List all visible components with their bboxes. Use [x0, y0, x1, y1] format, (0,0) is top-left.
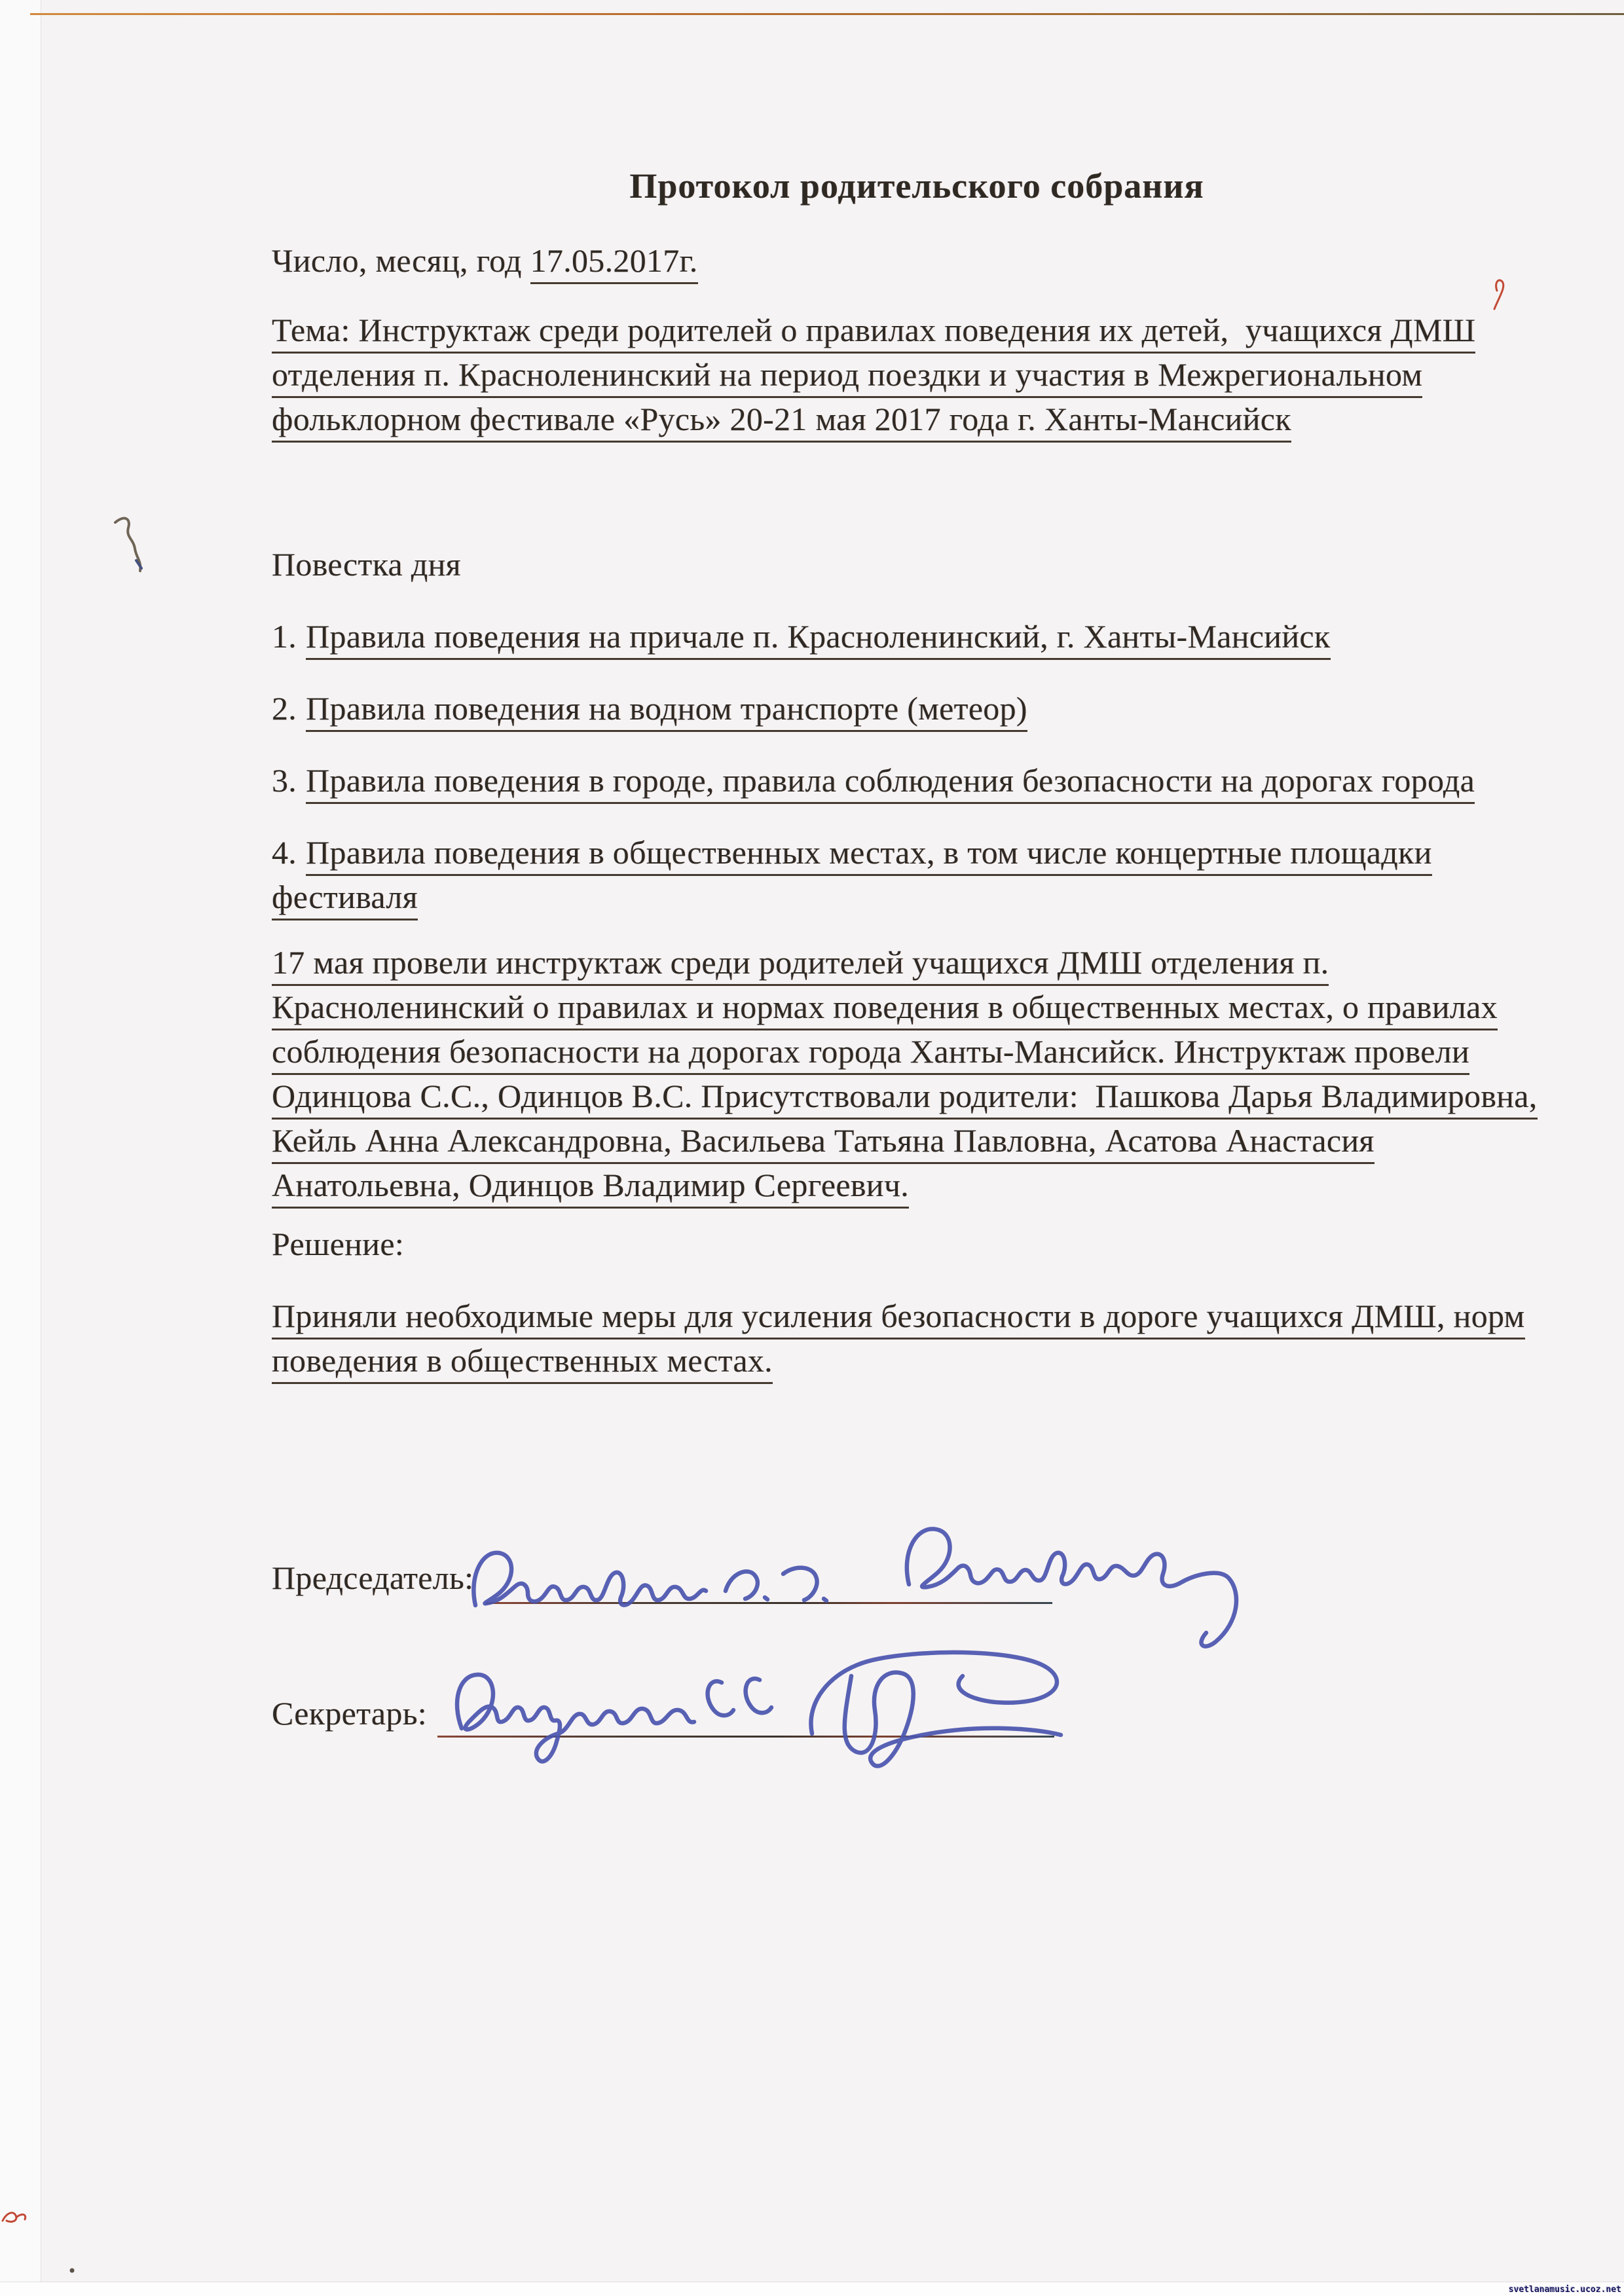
scan-edge-bottom	[0, 2282, 1624, 2296]
body-line: Красноленинский о правилах и нормах пове…	[272, 986, 1498, 1028]
tema-line: фольклорном фестивале «Русь» 20-21 мая 2…	[272, 398, 1291, 440]
agenda-heading: Повестка дня	[272, 543, 461, 585]
agenda-item-text: Правила поведения на водном транспорте (…	[306, 690, 1027, 732]
secretary-signature-rule	[437, 1736, 1054, 1738]
watermark: svetlanamusic.ucoz.net	[1509, 2285, 1621, 2295]
agenda-item: 2.Правила поведения на водном транспорте…	[272, 687, 1027, 729]
agenda-item-text: Правила поведения в городе, правила собл…	[306, 762, 1475, 804]
agenda-item-number: 3.	[272, 762, 297, 799]
agenda-item-text: Правила поведения в общественных местах,…	[306, 834, 1432, 876]
agenda-item-number: 4.	[272, 834, 297, 871]
decision-heading: Решение:	[272, 1223, 404, 1265]
scanned-document-page: Протокол родительского собрания Число, м…	[0, 0, 1624, 2296]
decision-line: поведения в общественных местах.	[272, 1339, 773, 1381]
secretary-signature	[457, 1652, 1061, 1766]
agenda-item-continuation: фестиваля	[272, 876, 418, 918]
agenda-item: 4.Правила поведения в общественных места…	[272, 831, 1432, 873]
decision-line: Приняли необходимые меры для усиления бе…	[272, 1295, 1525, 1337]
agenda-item-number: 2.	[272, 690, 297, 727]
body-line: Кейль Анна Александровна, Васильева Тать…	[272, 1120, 1375, 1161]
scan-edge-top	[30, 13, 1624, 15]
agenda-item-text: Правила поведения на причале п. Красноле…	[306, 618, 1330, 660]
document-title: Протокол родительского собрания	[629, 165, 1204, 207]
date-line: Число, месяц, год 17.05.2017г.	[272, 240, 698, 282]
agenda-item-number: 1.	[272, 618, 297, 655]
chairman-label: Председатель:	[272, 1557, 473, 1599]
body-line: 17 мая провели инструктаж среди родителе…	[272, 941, 1329, 983]
tema-line: отделения п. Красноленинский на период п…	[272, 354, 1422, 395]
body-line: Одинцова С.С., Одинцов В.С. Присутствова…	[272, 1075, 1538, 1117]
agenda-item: 1.Правила поведения на причале п. Красно…	[272, 615, 1331, 657]
pencil-mark-ink-dot	[136, 560, 141, 568]
date-label: Число, месяц, год	[272, 242, 530, 279]
scan-edge-left	[0, 0, 41, 2296]
ink-speck	[70, 2269, 75, 2273]
tema-line: Тема: Инструктаж среди родителей о прави…	[272, 309, 1475, 351]
date-value: 17.05.2017г.	[530, 242, 698, 284]
chairman-signature	[473, 1529, 1236, 1646]
body-line: Анатольевна, Одинцов Владимир Сергеевич.	[272, 1164, 909, 1206]
body-line: соблюдения безопасности на дорогах город…	[272, 1030, 1469, 1072]
agenda-item: 3.Правила поведения в городе, правила со…	[272, 759, 1475, 801]
secretary-label: Секретарь:	[272, 1692, 427, 1734]
red-pen-mark-top	[1494, 280, 1504, 309]
pencil-mark	[115, 519, 140, 571]
chairman-signature-rule	[486, 1602, 1052, 1604]
